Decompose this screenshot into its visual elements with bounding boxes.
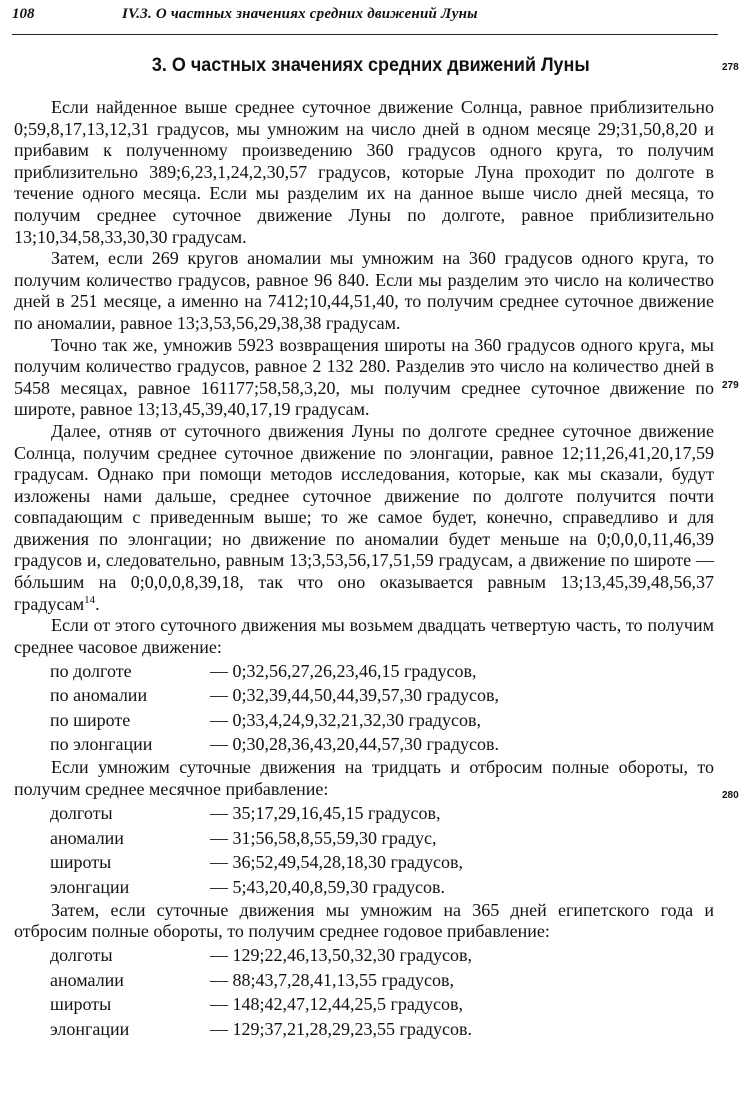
header-rule (12, 34, 718, 35)
margin-number: 278 (722, 62, 739, 73)
item-label: элонгации (14, 1019, 210, 1041)
paragraph: Затем, если суточные движения мы умножим… (14, 900, 714, 943)
item-label: аномалии (14, 828, 210, 850)
list-item: аномалии— 31;56,58,8,55,59,30 градус, (14, 826, 714, 851)
item-label: по широте (14, 710, 210, 732)
list-item: широты— 148;42,47,12,44,25,5 градусов, (14, 993, 714, 1018)
list-item: элонгации— 5;43,20,40,8,59,30 градусов. (14, 875, 714, 900)
paragraph: Если найденное выше среднее суточное дви… (14, 97, 714, 248)
item-value: — 0;30,28,36,43,20,44,57,30 градусов. (210, 734, 499, 756)
chapter-title: 3. О частных значениях средних движений … (27, 54, 714, 77)
item-value: — 148;42,47,12,44,25,5 градусов, (210, 994, 463, 1016)
item-value: — 31;56,58,8,55,59,30 градус, (210, 828, 437, 850)
list-item: по аномалии— 0;32,39,44,50,44,39,57,30 г… (14, 684, 714, 709)
running-title: IV.3. О частных значениях средних движен… (122, 6, 478, 23)
list-item: по долготе— 0;32,56,27,26,23,46,15 граду… (14, 659, 714, 684)
item-label: элонгации (14, 877, 210, 899)
punctuation: . (95, 594, 100, 614)
paragraph-text: Далее, отняв от суточного движения Луны … (14, 421, 714, 614)
item-label: аномалии (14, 970, 210, 992)
list-item: элонгации— 129;37,21,28,29,23,55 градусо… (14, 1017, 714, 1042)
footnote-reference[interactable]: 14 (84, 594, 95, 606)
list-item: долготы— 129;22,46,13,50,32,30 градусов, (14, 944, 714, 969)
item-label: по долготе (14, 661, 210, 683)
list-item: долготы— 35;17,29,16,45,15 градусов, (14, 802, 714, 827)
paragraph: Точно так же, умножив 5923 возвращения ш… (14, 335, 714, 421)
item-value: — 129;37,21,28,29,23,55 градусов. (210, 1019, 472, 1041)
item-label: по аномалии (14, 685, 210, 707)
item-value: — 5;43,20,40,8,59,30 градусов. (210, 877, 445, 899)
yearly-increment-list: долготы— 129;22,46,13,50,32,30 градусов,… (14, 944, 714, 1042)
item-label: долготы (14, 945, 210, 967)
paragraph: Затем, если 269 кругов аномалии мы умнож… (14, 248, 714, 334)
margin-number: 279 (722, 380, 739, 391)
list-item: по широте— 0;33,4,24,9,32,21,32,30 граду… (14, 708, 714, 733)
list-item: аномалии— 88;43,7,28,41,13,55 градусов, (14, 968, 714, 993)
page-number: 108 (12, 6, 35, 23)
body-text: Если найденное выше среднее суточное дви… (14, 97, 714, 1042)
item-label: долготы (14, 803, 210, 825)
item-value: — 0;33,4,24,9,32,21,32,30 градусов, (210, 710, 481, 732)
item-value: — 35;17,29,16,45,15 градусов, (210, 803, 441, 825)
item-value: — 36;52,49,54,28,18,30 градусов, (210, 852, 463, 874)
item-value: — 88;43,7,28,41,13,55 градусов, (210, 970, 454, 992)
item-label: широты (14, 852, 210, 874)
running-head: 108 IV.3. О частных значениях средних дв… (12, 6, 718, 28)
paragraph: Если умножим суточные движения на тридца… (14, 757, 714, 800)
monthly-increment-list: долготы— 35;17,29,16,45,15 градусов, ано… (14, 802, 714, 900)
paragraph: Далее, отняв от суточного движения Луны … (14, 421, 714, 615)
item-value: — 0;32,39,44,50,44,39,57,30 градусов, (210, 685, 499, 707)
item-label: по элонгации (14, 734, 210, 756)
paragraph: Если от этого суточного движения мы возь… (14, 615, 714, 658)
item-label: широты (14, 994, 210, 1016)
item-value: — 0;32,56,27,26,23,46,15 градусов, (210, 661, 477, 683)
margin-number: 280 (722, 790, 739, 801)
hourly-motion-list: по долготе— 0;32,56,27,26,23,46,15 граду… (14, 659, 714, 757)
item-value: — 129;22,46,13,50,32,30 градусов, (210, 945, 472, 967)
list-item: широты— 36;52,49,54,28,18,30 градусов, (14, 851, 714, 876)
list-item: по элонгации— 0;30,28,36,43,20,44,57,30 … (14, 733, 714, 758)
